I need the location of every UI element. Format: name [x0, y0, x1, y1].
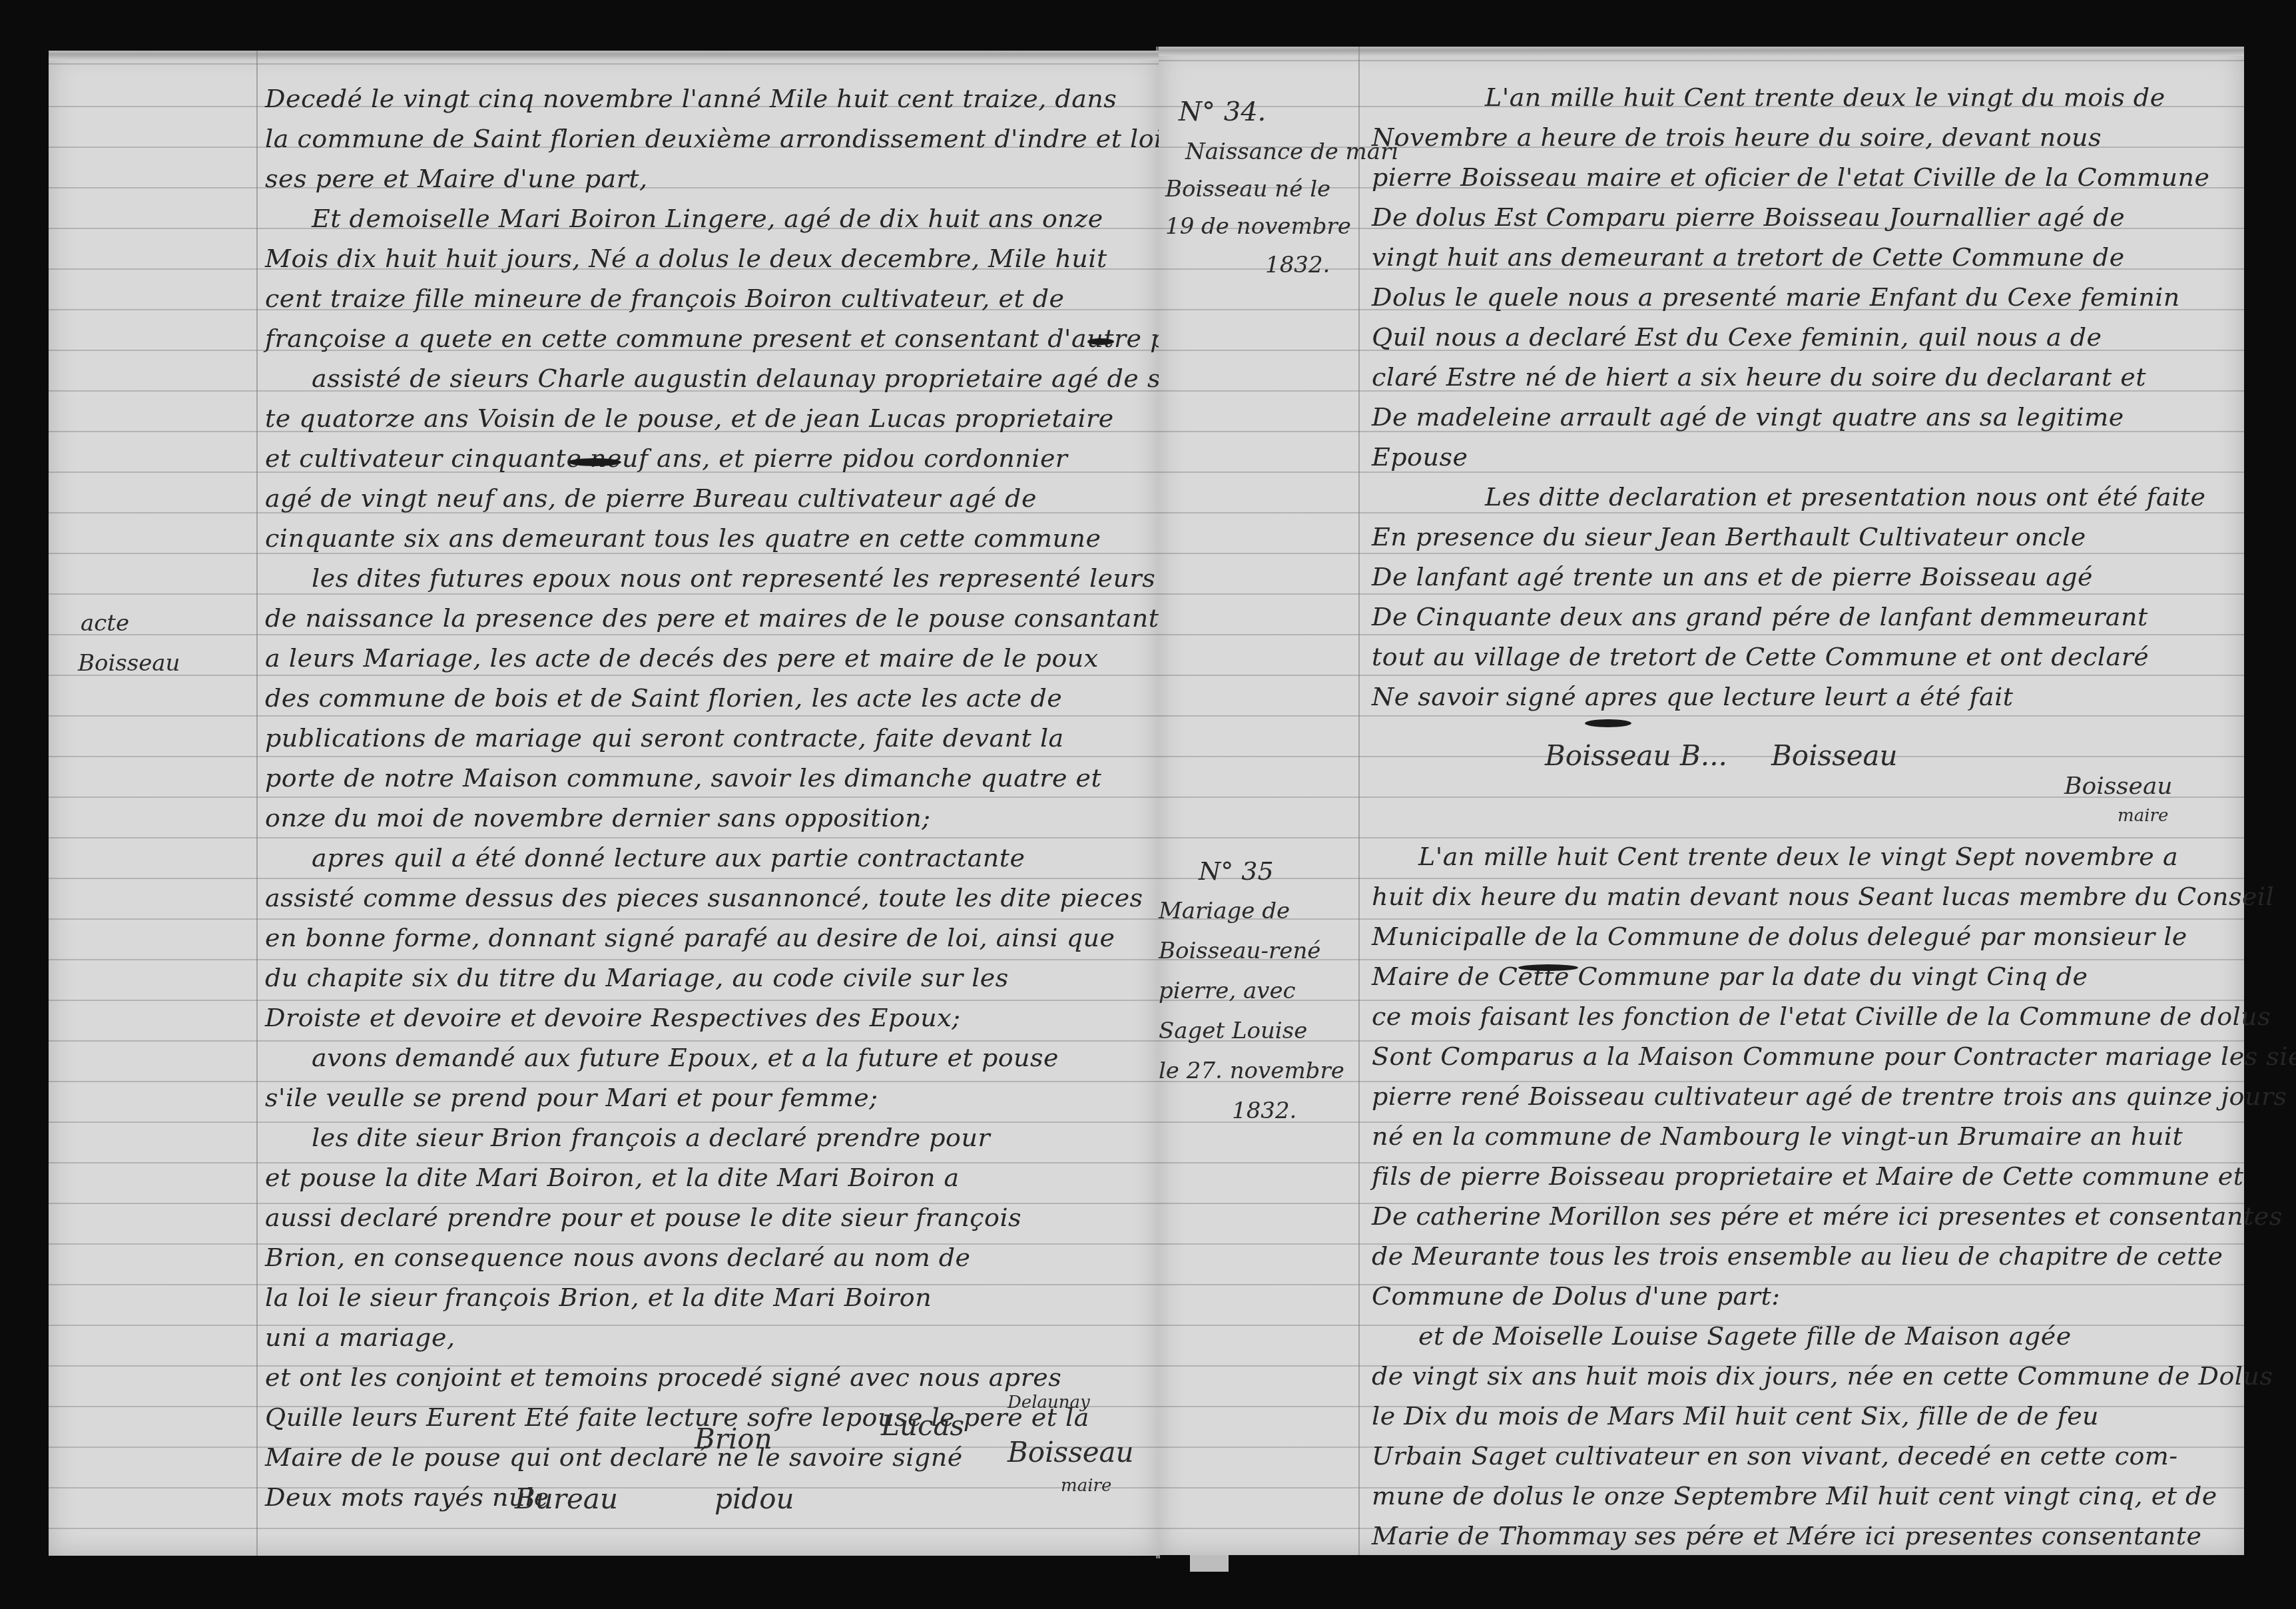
text-line: les dite sieur Brion françois a declaré … — [265, 1118, 1151, 1157]
text-line: assisté comme dessus des pieces susannon… — [265, 878, 1151, 918]
text-line: de Meurante tous les trois ensemble au l… — [1372, 1236, 2237, 1276]
act-34-margin-line: 1832. — [1265, 246, 1330, 284]
ink-blot — [1585, 719, 1631, 727]
page-top-edge — [49, 51, 1159, 60]
text-line: Novembre a heure de trois heure du soire… — [1372, 117, 2237, 157]
text-line: Dolus le quele nous a presenté marie Enf… — [1372, 277, 2237, 317]
text-line: fils de pierre Boisseau proprietaire et … — [1372, 1156, 2237, 1196]
text-line: ses pere et Maire d'une part, — [265, 159, 1151, 198]
margin-rule — [256, 51, 258, 1556]
text-line: De Cinquante deux ans grand pére de lanf… — [1372, 597, 2237, 637]
signature-boisseau-1: Boisseau B... — [1545, 739, 1727, 772]
act-35-margin-line: Boisseau-rené — [1159, 932, 1320, 970]
text-line: les dites futures epoux nous ont represe… — [265, 558, 1151, 598]
text-line: te quatorze ans Voisin de le pouse, et d… — [265, 398, 1151, 438]
ink-mark — [1087, 338, 1114, 345]
ink-strikeout — [1518, 964, 1578, 971]
signature-boisseau-2: Boisseau — [1771, 739, 1898, 772]
text-line: mune de dolus le onze Septembre Mil huit… — [1372, 1476, 2237, 1516]
text-line: Marie de Thommay ses pére et Mére ici pr… — [1372, 1516, 2237, 1556]
text-line: claré Estre né de hiert a six heure du s… — [1372, 357, 2237, 397]
text-line: Ne savoir signé apres que lecture leurt … — [1372, 677, 2237, 717]
act-34-margin-line: Boisseau né le — [1165, 170, 1330, 208]
act-34-number: N° 34. — [1179, 93, 1266, 131]
right-page: N° 34. Naissance de mari Boisseau né le … — [1159, 47, 2244, 1555]
signature-boisseau: Boisseau — [1007, 1436, 1134, 1468]
text-line: pierre Boisseau maire et oficier de l'et… — [1372, 157, 2237, 197]
act-35-body: L'an mille huit Cent trente deux le ving… — [1372, 836, 2237, 1556]
text-line: Deux mots rayés nule — [265, 1477, 1151, 1517]
act-35-margin-line: pierre, avec — [1159, 972, 1296, 1010]
text-line: de vingt six ans huit mois dix jours, né… — [1372, 1356, 2237, 1396]
left-page-body: Decedé le vingt cinq novembre l'anné Mil… — [265, 79, 1151, 1517]
text-line: pierre rené Boisseau cultivateur agé de … — [1372, 1076, 2237, 1116]
text-line: Maire de Cette Commune par la date du vi… — [1372, 956, 2237, 996]
text-line: la commune de Saint florien deuxième arr… — [265, 119, 1151, 159]
margin-note-boisseau: Boisseau — [78, 645, 180, 682]
text-line: en bonne forme, donnant signé parafé au … — [265, 918, 1151, 958]
signature-maire-label: maire — [2118, 806, 2168, 826]
signature-pidou: pidou — [715, 1482, 794, 1515]
signature-maire-label: maire — [1061, 1476, 1111, 1496]
text-line: de naissance la presence des pere et mai… — [265, 598, 1151, 638]
text-line: publications de mariage qui seront contr… — [265, 718, 1151, 758]
text-line: uni a mariage, — [265, 1317, 1151, 1357]
text-line: assisté de sieurs Charle augustin delaun… — [265, 358, 1151, 398]
binding-tab — [1190, 1555, 1229, 1572]
text-line: tout au village de tretort de Cette Comm… — [1372, 637, 2237, 677]
act-35-margin-line: Mariage de — [1159, 892, 1290, 930]
text-line: né en la commune de Nambourg le vingt-un… — [1372, 1116, 2237, 1156]
text-line: onze du moi de novembre dernier sans opp… — [265, 798, 1151, 838]
text-line: agé de vingt neuf ans, de pierre Bureau … — [265, 478, 1151, 518]
text-line: Quil nous a declaré Est du Cexe feminin,… — [1372, 317, 2237, 357]
text-line: ce mois faisant les fonction de l'etat C… — [1372, 996, 2237, 1036]
text-line: et ont les conjoint et temoins procedé s… — [265, 1357, 1151, 1397]
act-34-body: L'an mille huit Cent trente deux le ving… — [1372, 77, 2237, 717]
text-line: le Dix du mois de Mars Mil huit cent Six… — [1372, 1396, 2237, 1436]
text-line: apres quil a été donné lecture aux parti… — [265, 838, 1151, 878]
text-line: du chapite six du titre du Mariage, au c… — [265, 958, 1151, 998]
text-line: françoise a quete en cette commune prese… — [265, 318, 1151, 358]
act-34-margin-line: Naissance de mari — [1185, 133, 1398, 170]
text-line: De lanfant agé trente un ans et de pierr… — [1372, 557, 2237, 597]
text-line: De madeleine arrault agé de vingt quatre… — [1372, 397, 2237, 437]
signature-delaunay: Delaunay — [1007, 1393, 1090, 1413]
text-line: L'an mille huit Cent trente deux le ving… — [1372, 77, 2237, 117]
text-line: des commune de bois et de Saint florien,… — [265, 678, 1151, 718]
text-line: En presence du sieur Jean Berthault Cult… — [1372, 517, 2237, 557]
text-line: avons demandé aux future Epoux, et a la … — [265, 1038, 1151, 1078]
text-line: Epouse — [1372, 437, 2237, 477]
text-line: Sont Comparus a la Maison Commune pour C… — [1372, 1036, 2237, 1076]
text-line: Brion, en consequence nous avons declaré… — [265, 1237, 1151, 1277]
act-35-margin-line: Saget Louise — [1159, 1012, 1307, 1050]
text-line: Droiste et devoire et devoire Respective… — [265, 998, 1151, 1038]
text-line: De catherine Morillon ses pére et mére i… — [1372, 1196, 2237, 1236]
text-line: et cultivateur cinquante neuf ans, et pi… — [265, 438, 1151, 478]
text-line: Mois dix huit huit jours, Né a dolus le … — [265, 238, 1151, 278]
text-line: Decedé le vingt cinq novembre l'anné Mil… — [265, 79, 1151, 119]
text-line: aussi declaré prendre pour et pouse le d… — [265, 1197, 1151, 1237]
text-line: L'an mille huit Cent trente deux le ving… — [1372, 836, 2237, 876]
text-line: Urbain Saget cultivateur en son vivant, … — [1372, 1436, 2237, 1476]
text-line: porte de notre Maison commune, savoir le… — [265, 758, 1151, 798]
left-page: acte Boisseau Decedé le vingt cinq novem… — [49, 51, 1159, 1556]
text-line: s'ile veulle se prend pour Mari et pour … — [265, 1078, 1151, 1118]
text-line: Et demoiselle Mari Boiron Lingere, agé d… — [265, 198, 1151, 238]
act-34-margin-line: 19 de novembre — [1165, 208, 1351, 245]
text-line: et pouse la dite Mari Boiron, et la dite… — [265, 1157, 1151, 1197]
text-line: la loi le sieur françois Brion, et la di… — [265, 1277, 1151, 1317]
act-35-margin-line: le 27. novembre — [1159, 1052, 1344, 1090]
act-35-margin-line: 1832. — [1232, 1092, 1296, 1129]
text-line: vingt huit ans demeurant a tretort de Ce… — [1372, 237, 2237, 277]
text-line: a leurs Mariage, les acte de decés des p… — [265, 638, 1151, 678]
text-line: huit dix heure du matin devant nous Sean… — [1372, 876, 2237, 916]
act-35-number: N° 35 — [1199, 852, 1274, 890]
text-line: cent traize fille mineure de françois Bo… — [265, 278, 1151, 318]
signature-lucas: Lucas — [881, 1409, 964, 1442]
signature-bureau: Bureau — [515, 1482, 618, 1515]
text-line: Commune de Dolus d'une part: — [1372, 1276, 2237, 1316]
text-line: cinquante six ans demeurant tous les qua… — [265, 518, 1151, 558]
text-line: Les ditte declaration et presentation no… — [1372, 477, 2237, 517]
margin-note-acte: acte — [81, 605, 129, 642]
text-line: De dolus Est Comparu pierre Boisseau Jou… — [1372, 197, 2237, 237]
text-line: Municipalle de la Commune de dolus deleg… — [1372, 916, 2237, 956]
signature-boisseau-maire: Boisseau — [2064, 773, 2173, 800]
ink-blot — [568, 458, 621, 466]
text-line: et de Moiselle Louise Sagete fille de Ma… — [1372, 1316, 2237, 1356]
page-top-edge — [1159, 47, 2244, 56]
signature-brion: Brion — [695, 1423, 772, 1455]
margin-rule — [1358, 47, 1360, 1555]
